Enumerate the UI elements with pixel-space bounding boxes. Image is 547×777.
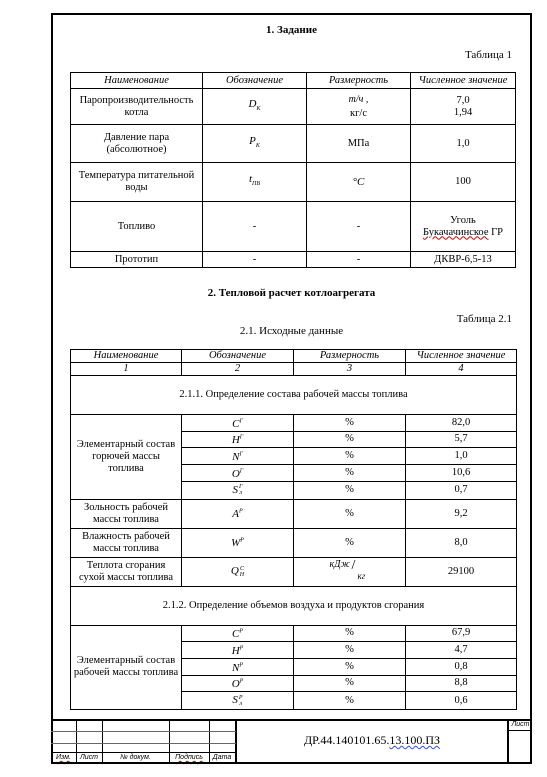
- row-unit: %: [294, 625, 406, 642]
- heat-value: 29100: [406, 557, 517, 586]
- row-symbol: HГ: [182, 431, 294, 448]
- frame-bottom: [51, 762, 532, 764]
- moisture-name: Влажность рабочей массы топлива: [71, 528, 182, 557]
- table-2-1: Наименование Обозначение Размерность Чис…: [70, 349, 517, 710]
- document-code: ДР.44.140101.65.13.100.ПЗ: [237, 733, 507, 748]
- row-value: УгольБукачачинское ГР: [411, 202, 516, 252]
- heat-unit: кДж / кг: [294, 557, 406, 586]
- subsection-heading: 2.1.1. Определение состава рабочей массы…: [71, 376, 517, 415]
- row-value: 1,0: [406, 448, 517, 465]
- row-unit: %: [294, 675, 406, 692]
- table1-label: Таблица 1: [420, 49, 512, 61]
- heat-symbol: QСН: [182, 557, 294, 586]
- col-number: 4: [406, 363, 517, 376]
- label-change: Изм.: [51, 754, 76, 761]
- section1-title: 1. Задание: [51, 24, 532, 36]
- moisture-symbol: WР: [182, 528, 294, 557]
- ash-name: Зольность рабочей массы топлива: [71, 499, 182, 528]
- header-value: Численное значение: [406, 350, 517, 363]
- ash-unit: %: [294, 499, 406, 528]
- label-sheet-number: Лист: [509, 721, 532, 728]
- header-symbol: Обозначение: [203, 73, 307, 89]
- subsection-heading: 2.1.2. Определение объемов воздуха и про…: [71, 586, 517, 625]
- row-symbol: PК: [203, 125, 307, 163]
- table-row: Прототип - - ДКВР-6,5-13: [71, 252, 516, 268]
- row-symbol: HР: [182, 642, 294, 659]
- moisture-value: 8,0: [406, 528, 517, 557]
- row-symbol: DК: [203, 89, 307, 125]
- table-row: Температура питательной воды tПВ °C 100: [71, 163, 516, 202]
- row-value: 8,8: [406, 675, 517, 692]
- row-unit: °C: [307, 163, 411, 202]
- label-sheet: Лист: [76, 754, 102, 761]
- heat-name: Теплота сгорания сухой массы топлива: [71, 557, 182, 586]
- row-symbol: CР: [182, 625, 294, 642]
- row-symbol: SГл: [182, 481, 294, 499]
- header-unit: Размерность: [307, 73, 411, 89]
- row-name: Паропроизводительность котла: [71, 89, 203, 125]
- header-name: Наименование: [71, 350, 182, 363]
- ash-symbol: AР: [182, 499, 294, 528]
- row-unit: %: [294, 448, 406, 465]
- title-block: Изм. Лист № докум. Подпись Дата ДР.44.14…: [51, 719, 532, 764]
- col-number: 1: [71, 363, 182, 376]
- row-unit: %: [294, 692, 406, 710]
- row-name: Топливо: [71, 202, 203, 252]
- row-unit: МПа: [307, 125, 411, 163]
- row-symbol: tПВ: [203, 163, 307, 202]
- row-unit: -: [307, 202, 411, 252]
- row-unit: %: [294, 431, 406, 448]
- row-symbol: OР: [182, 675, 294, 692]
- label-date: Дата: [209, 754, 235, 761]
- row-symbol: OГ: [182, 464, 294, 481]
- row-unit: %: [294, 658, 406, 675]
- table-row: Давление пара (абсолютное) PК МПа 1,0: [71, 125, 516, 163]
- row-unit: %: [294, 481, 406, 499]
- col-number: 3: [294, 363, 406, 376]
- row-value: 82,0: [406, 415, 517, 432]
- label-doc-number: № докум.: [102, 754, 169, 761]
- section2-title: 2. Тепловой расчет котлоагрегата: [51, 287, 532, 299]
- header-symbol: Обозначение: [182, 350, 294, 363]
- table-row: Топливо - - УгольБукачачинское ГР: [71, 202, 516, 252]
- row-name: Прототип: [71, 252, 203, 268]
- row-value: 7,0 1,94: [411, 89, 516, 125]
- row-value: 0,7: [406, 481, 517, 499]
- row-symbol: NР: [182, 658, 294, 675]
- section2-subtitle: 2.1. Исходные данные: [51, 325, 532, 337]
- label-signature: Подпись: [169, 754, 209, 761]
- row-value: 1,0: [411, 125, 516, 163]
- moisture-unit: %: [294, 528, 406, 557]
- col-number: 2: [182, 363, 294, 376]
- row-symbol: SРл: [182, 692, 294, 710]
- row-value: 0,6: [406, 692, 517, 710]
- row-value: 4,7: [406, 642, 517, 659]
- row-value: 67,9: [406, 625, 517, 642]
- header-unit: Размерность: [294, 350, 406, 363]
- row-unit: %: [294, 415, 406, 432]
- row-symbol: -: [203, 252, 307, 268]
- table-row: Паропроизводительность котла DК т/ч ,кг/…: [71, 89, 516, 125]
- header-value: Численное значение: [411, 73, 516, 89]
- group1-name: Элементарный состав горючей массы топлив…: [71, 415, 182, 500]
- table21-label: Таблица 2.1: [400, 313, 512, 325]
- row-value: 0,8: [406, 658, 517, 675]
- row-unit: %: [294, 642, 406, 659]
- row-value: 10,6: [406, 464, 517, 481]
- row-unit: %: [294, 464, 406, 481]
- row-value: 5,7: [406, 431, 517, 448]
- ash-value: 9,2: [406, 499, 517, 528]
- row-value: ДКВР-6,5-13: [411, 252, 516, 268]
- row-name: Давление пара (абсолютное): [71, 125, 203, 163]
- row-symbol: CГ: [182, 415, 294, 432]
- table-1: Наименование Обозначение Размерность Чис…: [70, 72, 516, 268]
- group2-name: Элементарный состав рабочей массы топлив…: [71, 625, 182, 710]
- row-name: Температура питательной воды: [71, 163, 203, 202]
- header-name: Наименование: [71, 73, 203, 89]
- row-symbol: NГ: [182, 448, 294, 465]
- row-unit: т/ч ,кг/с: [307, 89, 411, 125]
- row-value: 100: [411, 163, 516, 202]
- row-unit: -: [307, 252, 411, 268]
- row-symbol: -: [203, 202, 307, 252]
